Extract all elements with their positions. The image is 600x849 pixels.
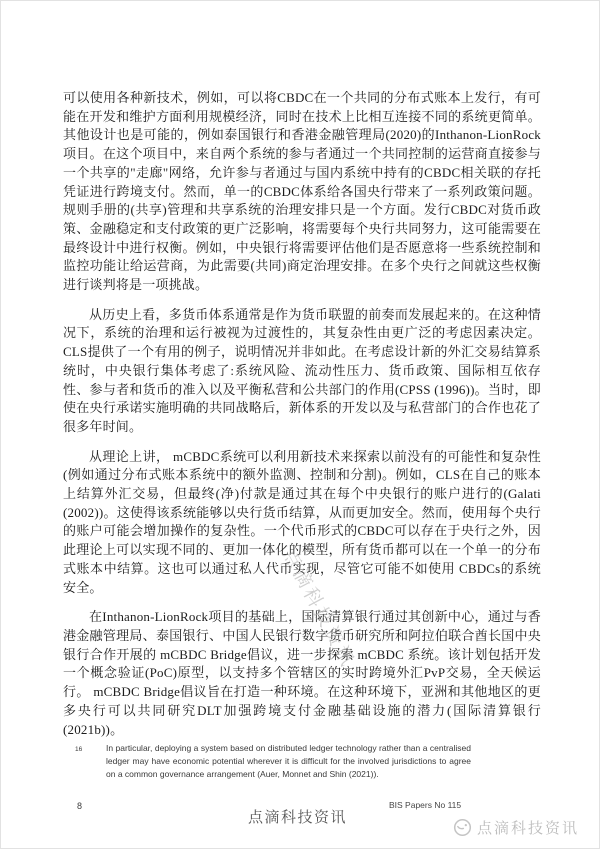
body-text-block: 可以使用各种新技术，例如，可以将CBDC在一个共同的分布式账本上发行，有可能在开… xyxy=(63,89,541,750)
paragraph-2: 从历史上看，多货币体系通常是作为货币联盟的前奏而发展起来的。在这种情况下，系统的… xyxy=(63,306,541,437)
bottom-right-watermark: 点滴科技资讯 xyxy=(453,817,579,838)
paragraph-1: 可以使用各种新技术，例如，可以将CBDC在一个共同的分布式账本上发行，有可能在开… xyxy=(63,89,541,295)
page-number: 8 xyxy=(77,801,82,811)
footnote-text: In particular, deploying a system based … xyxy=(106,742,471,781)
paragraph-3: 从理论上讲， mCBDC系统可以利用新技术来探索以前没有的可能性和复杂性(例如通… xyxy=(63,448,541,598)
journal-reference: BIS Papers No 115 xyxy=(389,800,461,810)
footnote-marker: 16 xyxy=(75,742,106,781)
droplet-logo-icon xyxy=(453,818,472,837)
footer-center-watermark: 点滴科技资讯 xyxy=(248,806,347,827)
bottom-right-watermark-text: 点滴科技资讯 xyxy=(477,817,579,838)
document-page: 可以使用各种新技术，例如，可以将CBDC在一个共同的分布式账本上发行，有可能在开… xyxy=(0,0,600,849)
paragraph-4: 在Inthanon-LionRock项目的基础上，国际清算银行通过其创新中心，通… xyxy=(63,608,541,739)
footnote: 16 In particular, deploying a system bas… xyxy=(75,742,475,781)
